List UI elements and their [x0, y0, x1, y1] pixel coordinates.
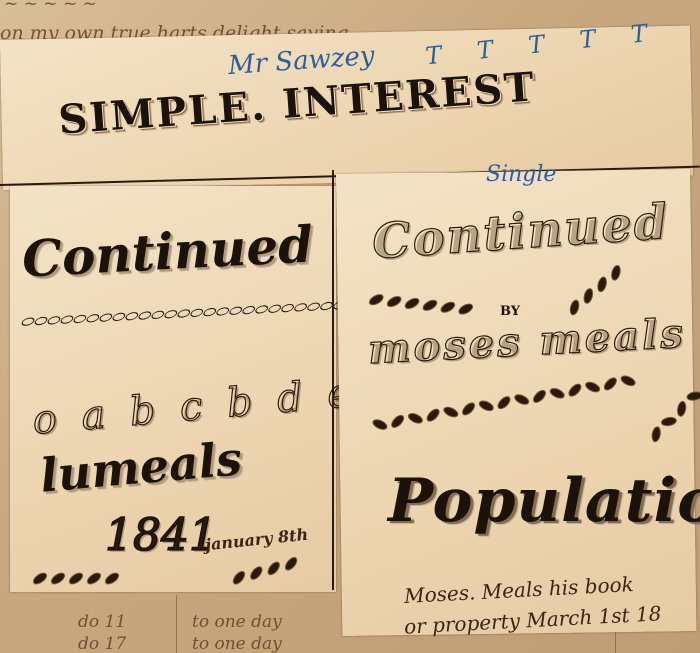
background-ledger-entry: do 11	[78, 612, 126, 632]
year: 1841	[105, 510, 217, 561]
single-annotation: Single	[486, 162, 556, 187]
by-label: BY	[500, 304, 520, 319]
background-ledger-entry: do 17	[78, 634, 126, 653]
leaf-flourish	[32, 574, 122, 583]
population-heading: Population	[388, 466, 700, 536]
background-ledger-entry: to one day	[192, 634, 282, 653]
background-ledger-entry: to one day	[192, 612, 282, 632]
ledger-rule	[176, 595, 177, 653]
background-line-top: ~ ~ ~ ~ ~	[4, 0, 97, 14]
